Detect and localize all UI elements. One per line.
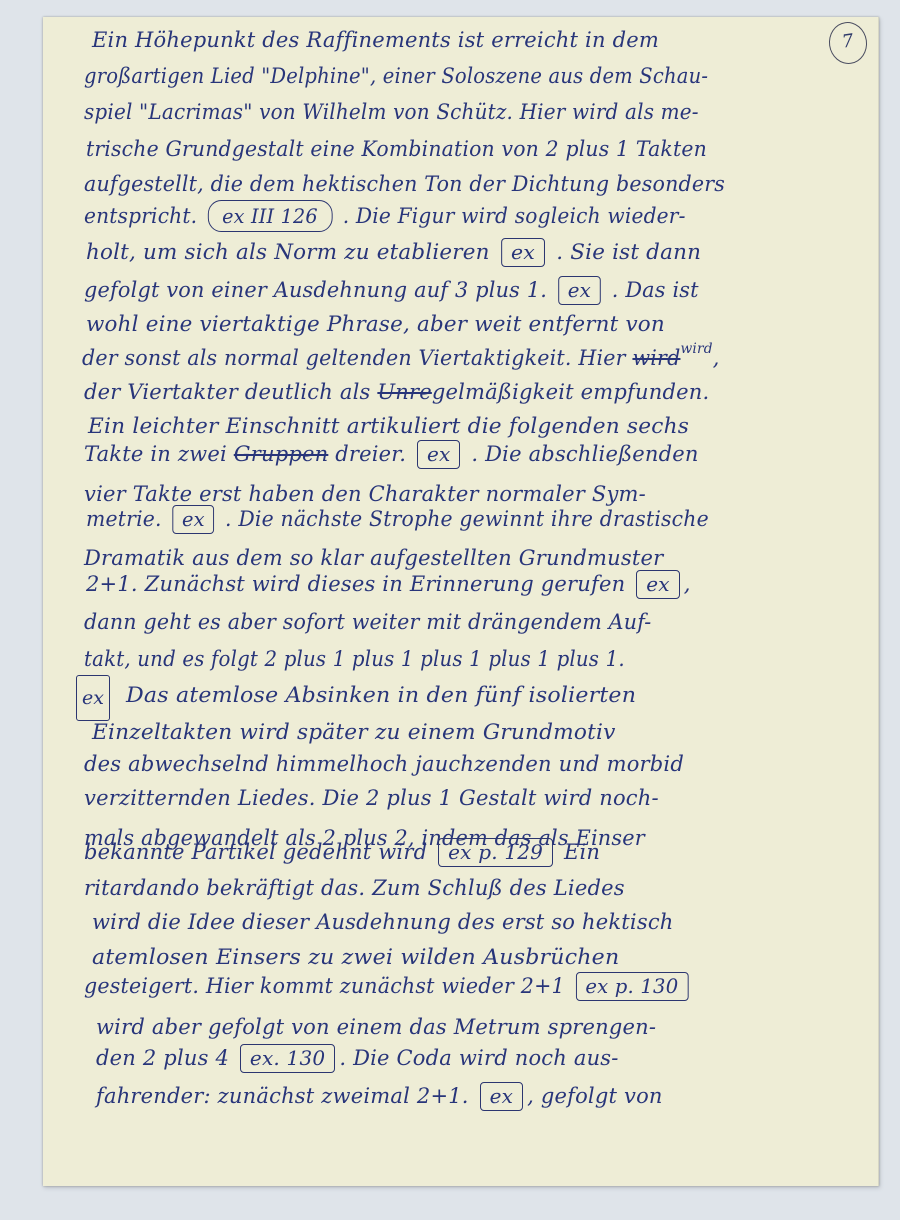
line-text: ritardando bekräftigt das. Zum Schluß de… xyxy=(84,876,625,900)
example-reference-box: ex xyxy=(417,440,461,469)
line-text: Ein Höhepunkt des Raffinements ist errei… xyxy=(92,28,659,52)
line-text: fahrender: zunächst zweimal 2+1. xyxy=(96,1084,469,1108)
manuscript-line: wird aber gefolgt von einem das Metrum s… xyxy=(96,1015,656,1039)
manuscript-line: Das atemlose Absinken in den fünf isolie… xyxy=(126,683,636,707)
manuscript-line: takt, und es folgt 2 plus 1 plus 1 plus … xyxy=(84,647,625,671)
line-text: 2+1. Zunächst wird dieses in Erinnerung … xyxy=(86,572,625,596)
line-text: den 2 plus 4 xyxy=(96,1046,229,1070)
line-text: des abwechselnd himmelhoch jauchzenden u… xyxy=(84,752,684,776)
line-text: Dramatik aus dem so klar aufgestellten G… xyxy=(84,546,663,570)
example-reference-box: ex. 130 xyxy=(240,1044,335,1073)
line-text: . Das ist xyxy=(612,278,699,302)
manuscript-line: wird die Idee dieser Ausdehnung des erst… xyxy=(92,910,674,934)
manuscript-line: verzitternden Liedes. Die 2 plus 1 Gesta… xyxy=(84,786,659,810)
example-reference-box: ex xyxy=(636,570,680,599)
manuscript-line: fahrender: zunächst zweimal 2+1. ex, gef… xyxy=(96,1082,663,1111)
manuscript-line: trische Grundgestalt eine Kombination vo… xyxy=(86,137,707,161)
line-text: atemlosen Einsers zu zwei wilden Ausbrüc… xyxy=(92,945,619,969)
manuscript-line: gesteigert. Hier kommt zunächst wieder 2… xyxy=(84,972,692,1001)
line-text: dreier. xyxy=(328,442,406,466)
manuscript-line: großartigen Lied "Delphine", einer Solos… xyxy=(84,64,708,88)
manuscript-line: Ein leichter Einschnitt artikuliert die … xyxy=(88,414,689,438)
line-text: spiel "Lacrimas" von Wilhelm von Schütz.… xyxy=(84,100,699,124)
example-reference-box: ex xyxy=(501,238,545,267)
manuscript-line: vier Takte erst haben den Charakter norm… xyxy=(84,482,646,506)
line-text: , gefolgt von xyxy=(527,1084,663,1108)
line-text: gefolgt von einer Ausdehnung auf 3 plus … xyxy=(84,278,547,302)
line-text: , xyxy=(713,346,720,370)
manuscript-line: 2+1. Zunächst wird dieses in Erinnerung … xyxy=(86,570,691,599)
manuscript-line: des abwechselnd himmelhoch jauchzenden u… xyxy=(84,752,684,776)
line-text: aufgestellt, die dem hektischen Ton der … xyxy=(84,172,725,196)
manuscript-line: Takte in zwei Gruppen dreier. ex . Die a… xyxy=(84,440,699,469)
line-text: Einzeltakten wird später zu einem Grundm… xyxy=(92,720,616,744)
line-text: metrie. xyxy=(86,507,162,531)
line-text: bekannte Partikel gedehnt wird xyxy=(84,840,427,864)
inserted-word: wird xyxy=(680,341,712,357)
line-text: , xyxy=(684,572,691,596)
line-text: . Die abschließenden xyxy=(471,442,698,466)
line-text: der Viertakter deutlich als xyxy=(84,380,377,404)
line-text: Ein xyxy=(564,840,600,864)
line-text: wird die Idee dieser Ausdehnung des erst… xyxy=(92,910,674,934)
line-text: wird aber gefolgt von einem das Metrum s… xyxy=(96,1015,656,1039)
struck-word: Gruppen xyxy=(234,442,329,466)
manuscript-line: den 2 plus 4 ex. 130. Die Coda wird noch… xyxy=(96,1044,619,1073)
example-reference-box: ex xyxy=(172,505,214,534)
line-text: trische Grundgestalt eine Kombination vo… xyxy=(86,137,707,161)
manuscript-line: entspricht. ex III 126 . Die Figur wird … xyxy=(84,200,686,232)
manuscript-line: der Viertakter deutlich als Unregelmäßig… xyxy=(84,380,709,404)
example-reference-box: ex p. 130 xyxy=(576,972,689,1001)
line-text: entspricht. xyxy=(84,204,197,228)
manuscript-line: wohl eine viertaktige Phrase, aber weit … xyxy=(86,312,665,336)
line-text: Ein leichter Einschnitt artikuliert die … xyxy=(88,414,689,438)
line-text: takt, und es folgt 2 plus 1 plus 1 plus … xyxy=(84,647,625,671)
line-text: . Die Coda wird noch aus- xyxy=(339,1046,618,1070)
line-text: holt, um sich als Norm zu etablieren xyxy=(86,240,490,264)
manuscript-line: Ein Höhepunkt des Raffinements ist errei… xyxy=(92,28,659,52)
example-reference-box: ex xyxy=(558,276,601,305)
line-text: . Die nächste Strophe gewinnt ihre drast… xyxy=(225,507,709,531)
struck-word: Unre xyxy=(377,380,432,404)
line-text: großartigen Lied "Delphine", einer Solos… xyxy=(84,64,708,88)
manuscript-line: dann geht es aber sofort weiter mit drän… xyxy=(84,610,651,634)
line-text: gesteigert. Hier kommt zunächst wieder 2… xyxy=(84,974,565,998)
line-text: Das atemlose Absinken in den fünf isolie… xyxy=(126,683,636,707)
manuscript-line: metrie. ex . Die nächste Strophe gewinnt… xyxy=(86,505,709,534)
line-text: . Sie ist dann xyxy=(556,240,701,264)
manuscript-line: bekannte Partikel gedehnt wird ex p. 129… xyxy=(84,838,600,867)
manuscript-line: Dramatik aus dem so klar aufgestellten G… xyxy=(84,546,663,570)
manuscript-line: der sonst als normal geltenden Viertakti… xyxy=(82,346,719,370)
line-text: verzitternden Liedes. Die 2 plus 1 Gesta… xyxy=(84,786,659,810)
example-reference-box: ex xyxy=(480,1082,524,1111)
example-reference-box: ex III 126 xyxy=(208,200,333,232)
margin-example-reference: ex xyxy=(76,675,110,721)
manuscript-line: aufgestellt, die dem hektischen Ton der … xyxy=(84,172,725,196)
struck-word: wird xyxy=(632,346,680,370)
line-text: vier Takte erst haben den Charakter norm… xyxy=(84,482,646,506)
line-text: . Die Figur wird sogleich wieder- xyxy=(343,204,686,228)
manuscript-line: gefolgt von einer Ausdehnung auf 3 plus … xyxy=(84,276,699,305)
manuscript-line: spiel "Lacrimas" von Wilhelm von Schütz.… xyxy=(84,100,699,124)
manuscript-line: ritardando bekräftigt das. Zum Schluß de… xyxy=(84,876,625,900)
line-text: der sonst als normal geltenden Viertakti… xyxy=(82,346,632,370)
manuscript-line: holt, um sich als Norm zu etablieren ex … xyxy=(86,238,701,267)
manuscript-line: Einzeltakten wird später zu einem Grundm… xyxy=(92,720,616,744)
manuscript-line: atemlosen Einsers zu zwei wilden Ausbrüc… xyxy=(92,945,619,969)
example-reference-box: ex p. 129 xyxy=(438,838,553,867)
line-text: gelmäßigkeit empfunden. xyxy=(432,380,709,404)
line-text: Takte in zwei xyxy=(84,442,234,466)
line-text: dann geht es aber sofort weiter mit drän… xyxy=(84,610,651,634)
line-text: wohl eine viertaktige Phrase, aber weit … xyxy=(86,312,665,336)
